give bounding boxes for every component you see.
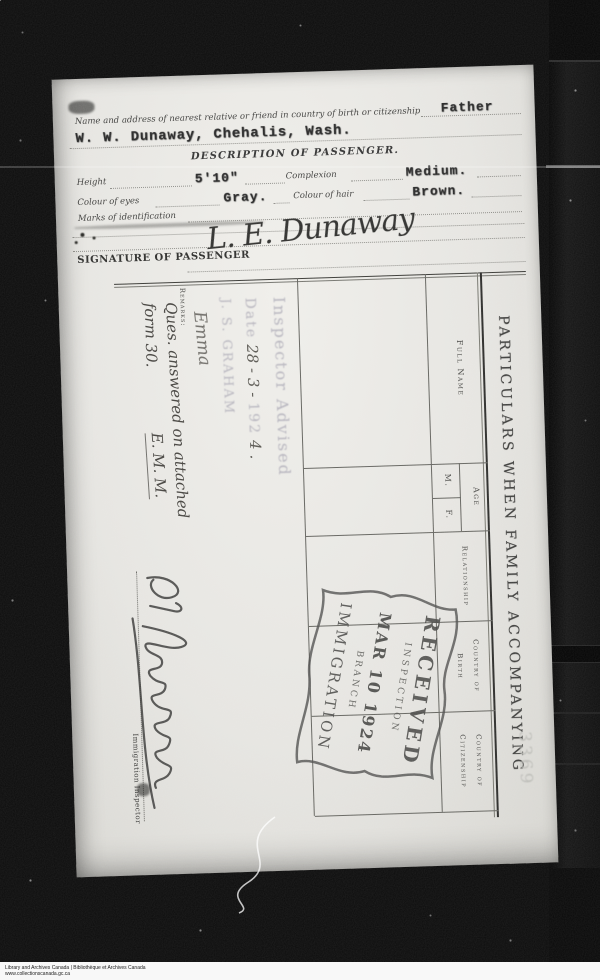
dotted-line	[471, 195, 521, 198]
complexion-label: Complexion	[286, 170, 337, 182]
dotted-line	[188, 261, 526, 273]
rotated-table-section: PARTICULARS WHEN FAMILY ACCOMPANYING 336…	[114, 271, 544, 874]
film-band	[549, 763, 600, 765]
height-value: 5'10"	[195, 170, 239, 186]
hair-label: Colour of hair	[293, 189, 353, 201]
remarks-note-line2: form 30.	[141, 303, 161, 368]
table-line	[315, 810, 499, 817]
signature-label: SIGNATURE OF PASSENGER	[77, 250, 250, 266]
col-header-country-birth-1: Country of	[471, 621, 482, 711]
dotted-line	[110, 185, 192, 189]
film-band	[549, 645, 600, 663]
col-header-country-citizenship-2: Citizenship	[458, 711, 469, 811]
col-header-age-m: M.	[443, 463, 453, 497]
film-scratch-line	[546, 165, 600, 168]
col-header-age: Age	[471, 463, 482, 531]
eyes-label: Colour of eyes	[77, 196, 139, 208]
date-label: Date	[242, 297, 259, 339]
archive-line2: www.collectionscanada.gc.ca	[5, 971, 146, 977]
year-handwritten: 4 .	[246, 440, 265, 460]
received-stamp: RECEIVED INSPECTION MAR 10 1924 BRANCH I…	[278, 562, 475, 805]
inspector-advised-stamp-date-row: Date 28 - 3 - 192 4 .	[242, 297, 266, 459]
year-printed: 192	[245, 402, 262, 435]
col-header-country-citizenship-1: Country of	[474, 711, 485, 811]
relative-relationship-value: Father	[440, 99, 493, 116]
ink-smudge	[68, 100, 94, 114]
dotted-line	[274, 202, 290, 204]
eyes-value: Gray.	[223, 189, 267, 205]
hair-scratch-stroke	[238, 817, 275, 913]
hair-value: Brown.	[412, 183, 465, 200]
archive-watermark-text: Library and Archives Canada | Bibliothèq…	[5, 965, 146, 977]
height-label: Height	[77, 177, 107, 188]
dust-specks	[0, 0, 1, 1]
relative-field-label: Name and address of nearest relative or …	[75, 106, 421, 127]
inspector-advised-stamp-line1: Inspector Advised	[270, 296, 295, 477]
film-band	[549, 712, 600, 714]
film-band	[549, 0, 600, 62]
serial-number: 3369	[514, 731, 536, 787]
film-band	[549, 868, 600, 962]
microfilm-scan-stage: Name and address of nearest relative or …	[0, 0, 600, 980]
received-stamp-svg: RECEIVED INSPECTION MAR 10 1924 BRANCH I…	[278, 562, 475, 805]
immigration-card: Name and address of nearest relative or …	[52, 65, 559, 878]
date-handwritten: 28 - 3 -	[243, 344, 263, 398]
passenger-signature: L. E. Dunaway	[205, 201, 416, 257]
particulars-table: PARTICULARS WHEN FAMILY ACCOMPANYING 336…	[114, 271, 544, 874]
advise-stamp-signature: Emma	[189, 310, 214, 367]
table-line	[114, 274, 526, 288]
stamp-date-text: MAR 10 1924	[353, 611, 395, 756]
col-header-full-name: Full Name	[453, 273, 468, 463]
dotted-line	[477, 175, 521, 177]
film-scratch-line	[0, 166, 600, 168]
dotted-line	[156, 205, 220, 208]
table-line	[304, 462, 488, 469]
remarks-note-initials: E. M. M.	[145, 432, 170, 499]
inspector-advised-stamp-line3: J. S. GRAHAM	[218, 298, 237, 415]
ink-dot	[75, 241, 78, 244]
col-header-age-f: F.	[444, 497, 454, 531]
archive-watermark-bar: Library and Archives Canada | Bibliothèq…	[0, 962, 600, 980]
table-line	[114, 271, 526, 285]
dotted-line	[364, 199, 410, 201]
dotted-line	[245, 182, 285, 184]
marks-label: Marks of identification	[78, 211, 176, 224]
hair-scratch	[205, 815, 295, 915]
dotted-line	[351, 179, 403, 182]
